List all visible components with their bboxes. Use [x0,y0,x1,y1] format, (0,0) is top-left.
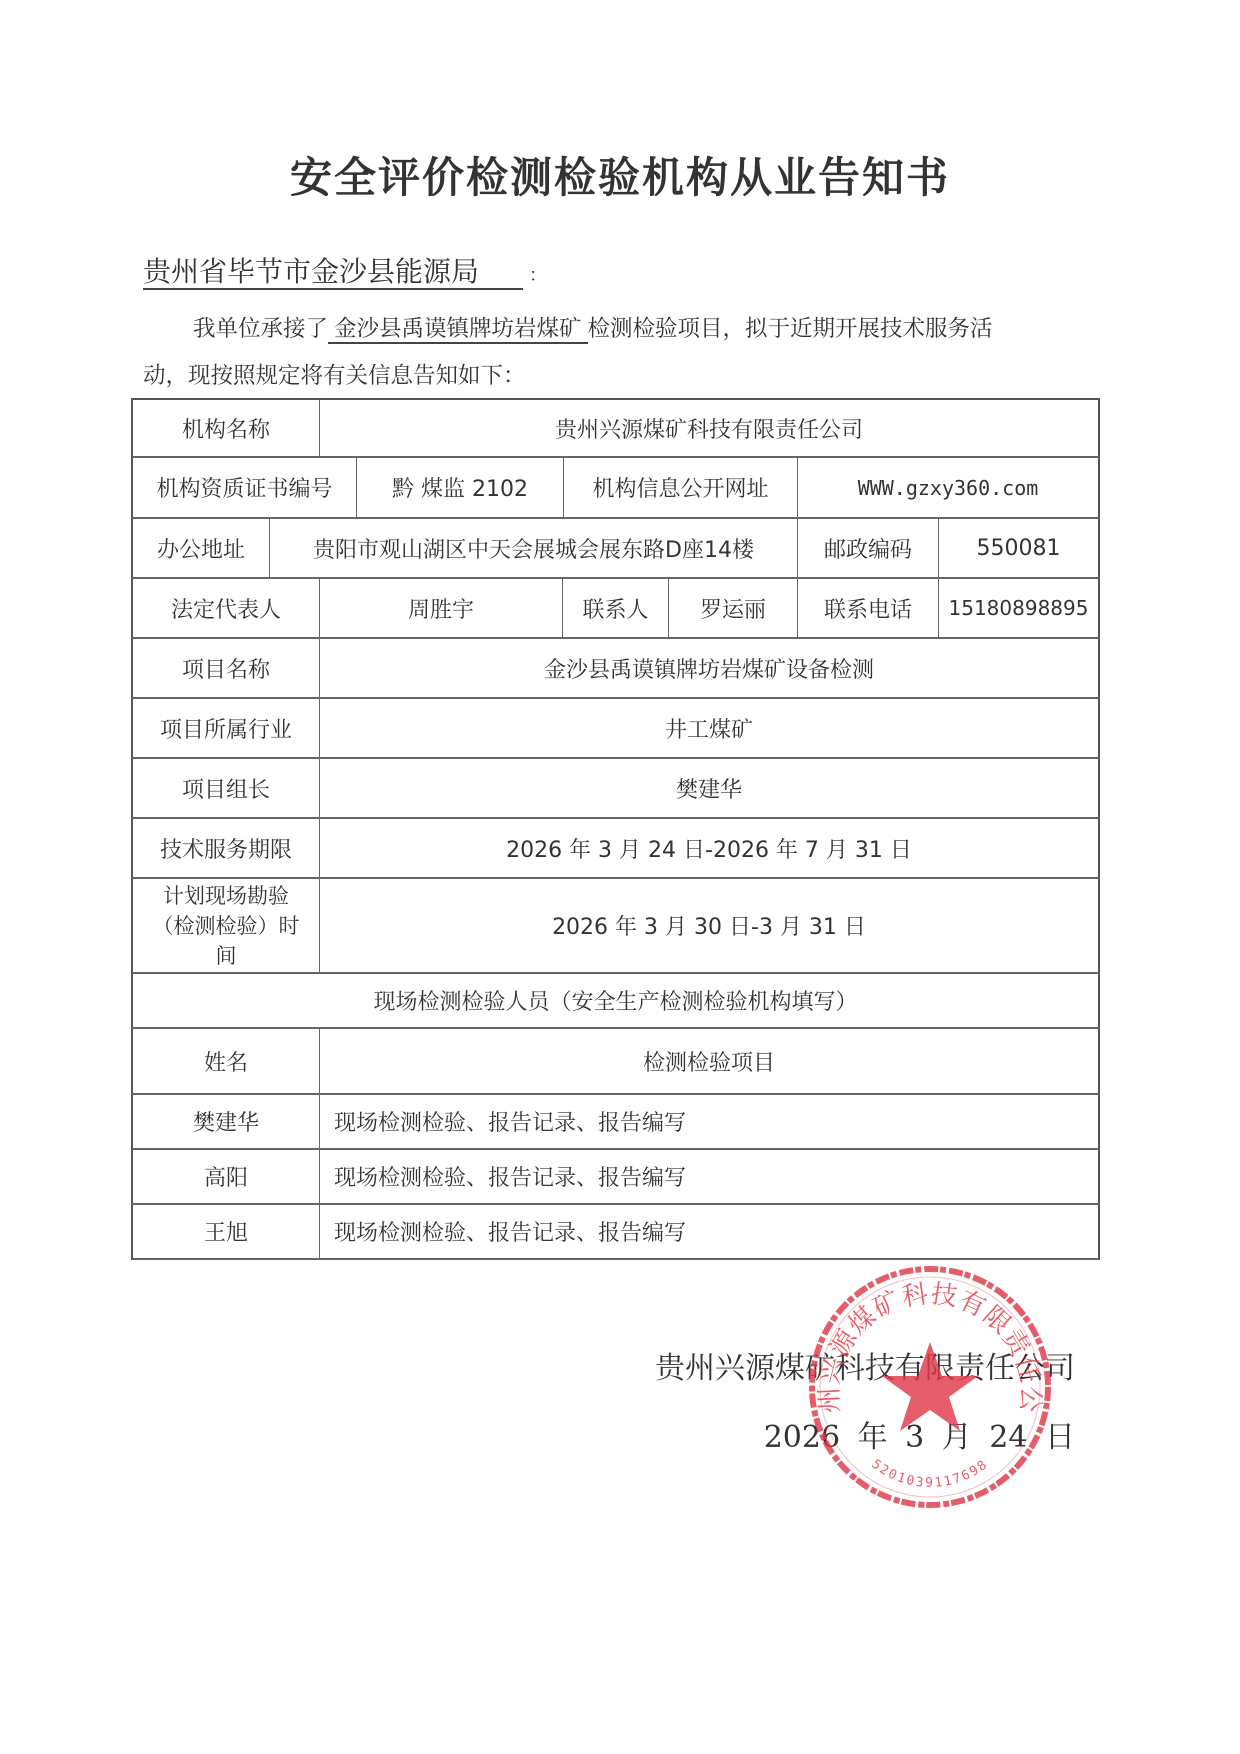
intro-prefix: 我单位承接了 [193,316,328,342]
row-address: 办公地址 贵阳市观山湖区中天会展城会展东路D座14楼 邮政编码 550081 [131,519,1100,579]
leader-value: 樊建华 [320,759,1098,817]
address-value: 贵阳市观山湖区中天会展城会展东路D座14楼 [270,519,798,577]
staff-row: 王旭 现场检测检验、报告记录、报告编写 [131,1205,1100,1260]
site-time-value: 2026 年 3 月 30 日-3 月 31 日 [320,879,1098,972]
contact-value: 罗运丽 [669,579,798,637]
staff-header-name: 姓名 [133,1029,320,1093]
project-name-value: 金沙县禹谟镇牌坊岩煤矿设备检测 [320,639,1098,697]
addressee-name: 贵州省毕节市金沙县能源局 [143,255,523,290]
industry-value: 井工煤矿 [320,699,1098,757]
row-legal-rep: 法定代表人 周胜宇 联系人 罗运丽 联系电话 15180898895 [131,579,1100,639]
website-value: WWW.gzxy360.com [798,458,1098,517]
website-label: 机构信息公开网址 [564,458,798,517]
legal-rep-label: 法定代表人 [133,579,320,637]
site-time-label-line3: 间 [216,941,237,971]
row-staff-title: 现场检测检验人员（安全生产检测检验机构填写） [131,974,1100,1029]
row-project-name: 项目名称 金沙县禹谟镇牌坊岩煤矿设备检测 [131,639,1100,699]
staff-items: 现场检测检验、报告记录、报告编写 [320,1205,1098,1258]
row-site-time: 计划现场勘验 （检测检验）时 间 2026 年 3 月 30 日-3 月 31 … [131,879,1100,974]
staff-header-items: 检测检验项目 [320,1029,1098,1093]
addressee: 贵州省毕节市金沙县能源局： [143,250,547,290]
staff-items: 现场检测检验、报告记录、报告编写 [320,1095,1098,1148]
staff-name: 樊建华 [133,1095,320,1148]
postcode-value: 550081 [939,519,1098,577]
staff-section-title: 现场检测检验人员（安全生产检测检验机构填写） [133,974,1098,1027]
row-industry: 项目所属行业 井工煤矿 [131,699,1100,759]
intro-paragraph-line2: 动，现按照规定将有关信息告知如下： [143,353,1103,400]
intro-project: 金沙县禹谟镇牌坊岩煤矿 [328,316,588,344]
service-period-label: 技术服务期限 [133,819,320,877]
signature-company: 贵州兴源煤矿科技有限责任公司 [655,1343,1075,1387]
postcode-label: 邮政编码 [798,519,939,577]
contact-label: 联系人 [563,579,669,637]
leader-label: 项目组长 [133,759,320,817]
staff-name: 王旭 [133,1205,320,1258]
industry-label: 项目所属行业 [133,699,320,757]
svg-text:5201039117698: 5201039117698 [869,1457,992,1491]
address-label: 办公地址 [133,519,270,577]
signature-date: 2026 年 3 月 24 日 [764,1412,1075,1456]
cert-no-value: 黔 煤监 2102 [357,458,564,517]
staff-items: 现场检测检验、报告记录、报告编写 [320,1150,1098,1203]
staff-row: 樊建华 现场检测检验、报告记录、报告编写 [131,1095,1100,1150]
org-name-label: 机构名称 [133,400,320,456]
project-name-label: 项目名称 [133,639,320,697]
intro-paragraph-line1: 我单位承接了金沙县禹谟镇牌坊岩煤矿检测检验项目，拟于近期开展技术服务活 [143,306,1103,353]
row-leader: 项目组长 樊建华 [131,759,1100,819]
addressee-colon: ： [529,265,547,286]
row-cert: 机构资质证书编号 黔 煤监 2102 机构信息公开网址 WWW.gzxy360.… [131,458,1100,519]
svg-text:贵州兴源煤矿科技有限责任公司: 贵州兴源煤矿科技有限责任公司 [807,1264,1046,1414]
row-org-name: 机构名称 贵州兴源煤矿科技有限责任公司 [131,398,1100,458]
row-service-period: 技术服务期限 2026 年 3 月 24 日-2026 年 7 月 31 日 [131,819,1100,879]
site-time-label: 计划现场勘验 （检测检验）时 间 [133,879,320,972]
org-name-value: 贵州兴源煤矿科技有限责任公司 [320,400,1098,456]
phone-label: 联系电话 [798,579,939,637]
service-period-value: 2026 年 3 月 24 日-2026 年 7 月 31 日 [320,819,1098,877]
phone-value: 15180898895 [939,579,1098,637]
cert-no-label: 机构资质证书编号 [133,458,357,517]
site-time-label-line1: 计划现场勘验 [163,881,289,911]
legal-rep-value: 周胜宇 [320,579,563,637]
site-time-label-line2: （检测检验）时 [153,911,300,941]
info-table: 机构名称 贵州兴源煤矿科技有限责任公司 机构资质证书编号 黔 煤监 2102 机… [131,398,1100,1260]
staff-name: 高阳 [133,1150,320,1203]
document-title: 安全评价检测检验机构从业告知书 [0,145,1240,205]
company-seal-icon: 贵州兴源煤矿科技有限责任公司 5201039117698 [807,1264,1053,1510]
intro-suffix: 检测检验项目，拟于近期开展技术服务活 [588,316,993,342]
row-staff-header: 姓名 检测检验项目 [131,1029,1100,1095]
staff-row: 高阳 现场检测检验、报告记录、报告编写 [131,1150,1100,1205]
